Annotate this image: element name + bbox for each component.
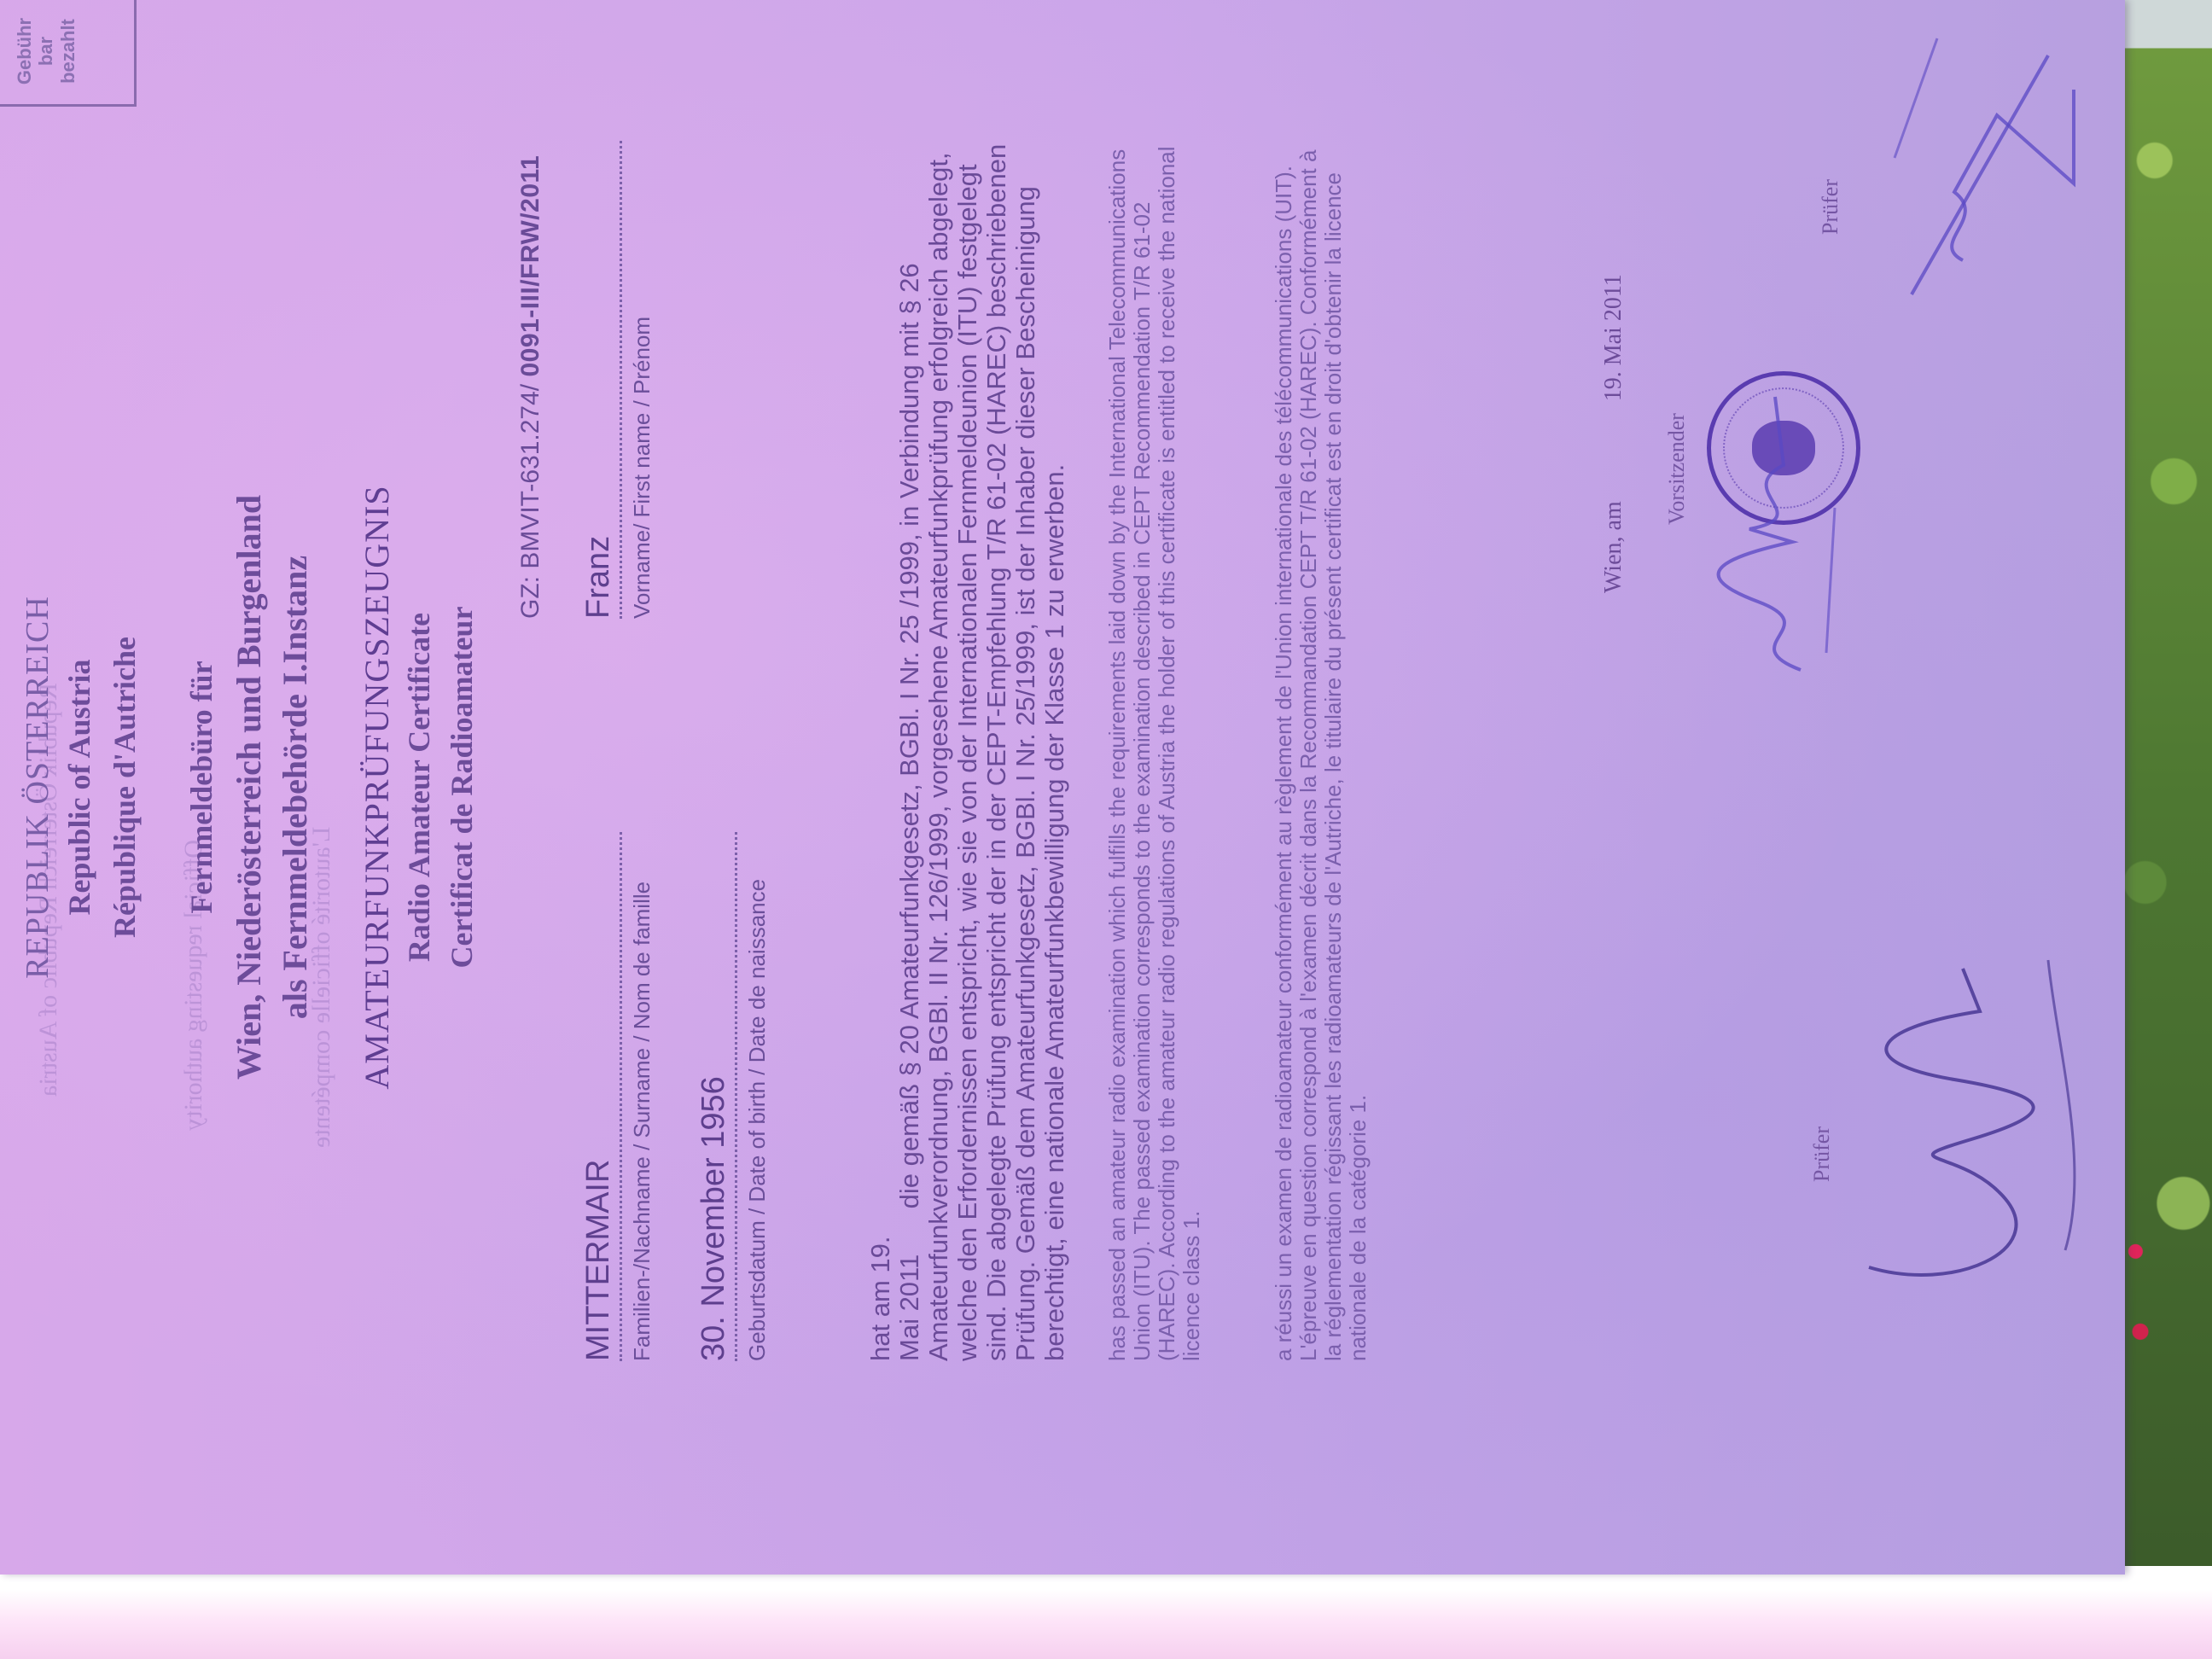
first-name-field: Franz Vorname/ First name / Prénom [580,141,655,619]
certificate-paper: Gebühr bar bezahlt Republik Österreich R… [0,0,2125,1575]
first-name-value: Franz [580,141,620,619]
place: Wien, am [1600,501,1627,593]
examiner-label-2: Prüfer [1818,179,1843,235]
date-of-birth-label: Geburtsdatum / Date of birth / Date de n… [744,832,771,1361]
surname-label: Familien-/Nachname / Surname / Nom de fa… [629,832,655,1361]
certificate-document: Gebühr bar bezahlt Republik Österreich R… [0,0,2125,1575]
place-and-date: Wien, am 19. Mai 2011 [1600,274,1627,593]
paragraph-french: a réussi un examen de radioamateur confo… [1272,141,1371,1361]
reference-id: 0091-III/FRW/2011 [516,155,544,377]
background-floor [0,1566,2212,1659]
reference-prefix: GZ: BMVIT-631.274/ [516,384,544,619]
first-name-label: Vorname/ First name / Prénom [629,141,655,619]
certificate-title-fr: Certificat de Radioamateur [444,0,480,1575]
examiner-label-1: Prüfer [1809,1126,1835,1182]
chairman-signature-icon [1698,371,1843,678]
examiner-signature-1-icon [1835,943,2091,1301]
country-name-fr: République d'Autriche [107,0,143,1575]
issuing-office: Fernmeldebüro für [183,0,219,1575]
certificate-title-en: Radio Amateur Certificate [401,0,437,1575]
issuing-region: Wien, Niederösterreich und Burgenland [229,0,269,1575]
country-name-en: Republic of Austria [61,0,97,1575]
surname-field: MITTERMAIR Familien-/Nachname / Surname … [580,832,655,1361]
paragraph-german: hat am 19. Mai 2011 die gemäß § 20 Amate… [866,141,1069,1361]
issue-date: 19. Mai 2011 [1600,274,1627,401]
date-of-birth-field: 30. November 1956 Geburtsdatum / Date of… [696,832,771,1361]
examiner-signature-2-icon [1860,4,2116,311]
certificate-title-de: AMATEURFUNKPRÜFUNGSZEUGNIS [357,0,397,1575]
background-foliage [2116,0,2212,1604]
dotted-line [735,832,737,1361]
country-name-de: REPUBLIK ÖSTERREICH [19,0,56,1575]
chairman-label: Vorsitzender [1664,413,1690,525]
paragraph-english: has passed an amateur radio examination … [1105,141,1204,1361]
date-of-birth-value: 30. November 1956 [696,832,735,1361]
surname-value: MITTERMAIR [580,832,620,1361]
paragraph-german-text: die gemäß § 20 Amateurfunkgesetz, BGBl. … [894,144,1069,1361]
dotted-line [620,141,622,619]
dotted-line [620,832,622,1361]
reference-number: GZ: BMVIT-631.274/ 0091-III/FRW/2011 [516,155,545,619]
issuing-instance: als Fernmeldebehörde I.Instanz [275,0,315,1575]
exam-date-lead: hat am 19. Mai 2011 [866,1216,924,1361]
